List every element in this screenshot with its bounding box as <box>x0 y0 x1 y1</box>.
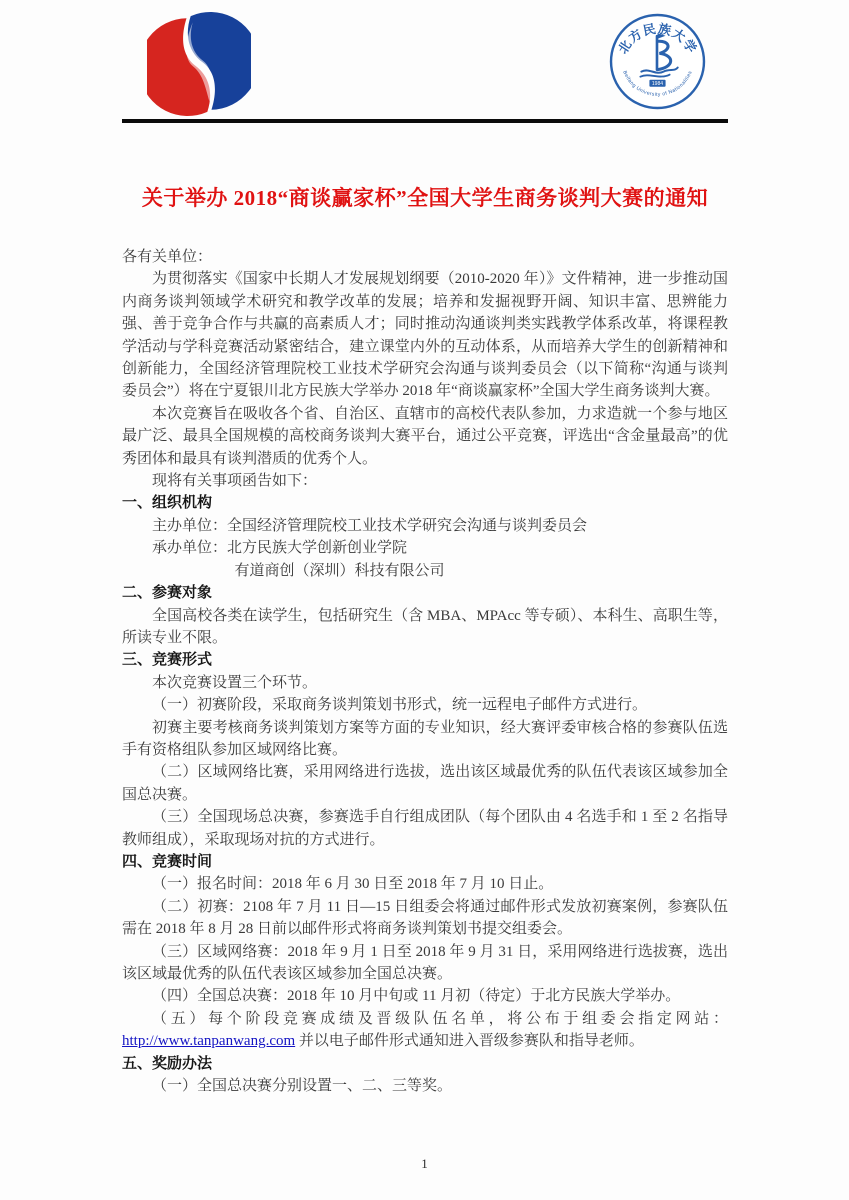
intro-paragraph-1: 为贯彻落实《国家中长期人才发展规划纲要（2010-2020 年）》文件精神，进一… <box>122 268 728 402</box>
organizer-unit-line-2: 有道商创（深圳）科技有限公司 <box>122 560 728 582</box>
announcement-text-after: 并以电子邮件形式通知进入晋级参赛队和指导老师。 <box>295 1033 644 1049</box>
section-5-heading: 五、奖励办法 <box>122 1053 728 1075</box>
format-stage-2: （二）区域网络比赛，采用网络进行选拔，选出该区域最优秀的队伍代表该区域参加全国总… <box>122 761 728 806</box>
header-divider <box>122 119 728 123</box>
schedule-announcement: （五）每个阶段竞赛成绩及晋级队伍名单，将公布于组委会指定网站：http://ww… <box>122 1008 728 1053</box>
section-3-heading: 三、竞赛形式 <box>122 649 728 671</box>
document-body: 各有关单位： 为贯彻落实《国家中长期人才发展规划纲要（2010-2020 年）》… <box>122 246 728 1097</box>
format-intro: 本次竞赛设置三个环节。 <box>122 672 728 694</box>
schedule-registration: （一）报名时间：2018 年 6 月 30 日至 2018 年 7 月 10 日… <box>122 873 728 895</box>
announcement-text-before: （五）每个阶段竞赛成绩及晋级队伍名单，将公布于组委会指定网站： <box>152 1011 728 1027</box>
committee-flame-logo-icon <box>147 12 251 116</box>
schedule-finals: （四）全国总决赛：2018 年 10 月中旬或 11 月初（待定）于北方民族大学… <box>122 985 728 1007</box>
salutation: 各有关单位： <box>122 246 728 268</box>
participants-paragraph: 全国高校各类在读学生，包括研究生（含 MBA、MPAcc 等专硕）、本科生、高职… <box>122 605 728 650</box>
intro-paragraph-3: 现将有关事项函告如下： <box>122 470 728 492</box>
seal-year: 1984 <box>652 81 663 87</box>
organizer-unit-line: 承办单位：北方民族大学创新创业学院 <box>122 537 728 559</box>
format-stage-3: （三）全国现场总决赛，参赛选手自行组成团队（每个团队由 4 名选手和 1 至 2… <box>122 806 728 851</box>
document-page: 北方民族大学 1984 Beifang University of Nation… <box>0 0 849 1200</box>
section-2-heading: 二、参赛对象 <box>122 582 728 604</box>
schedule-regional: （三）区域网络赛：2018 年 9 月 1 日至 2018 年 9 月 31 日… <box>122 941 728 986</box>
page-number: 1 <box>0 1156 849 1172</box>
schedule-preliminary: （二）初赛：2108 年 7 月 11 日—15 日组委会将通过邮件形式发放初赛… <box>122 896 728 941</box>
university-seal-icon: 北方民族大学 1984 Beifang University of Nation… <box>609 13 706 110</box>
host-unit-line: 主办单位：全国经济管理院校工业技术学研究会沟通与谈判委员会 <box>122 515 728 537</box>
competition-website-link[interactable]: http://www.tanpanwang.com <box>122 1033 295 1049</box>
document-title: 关于举办 2018“商谈赢家杯”全国大学生商务谈判大赛的通知 <box>95 183 755 213</box>
intro-paragraph-2: 本次竞赛旨在吸收各个省、自治区、直辖市的高校代表队参加，力求造就一个参与地区最广… <box>122 403 728 470</box>
format-stage-1: （一）初赛阶段，采取商务谈判策划书形式，统一远程电子邮件方式进行。 <box>122 694 728 716</box>
awards-paragraph: （一）全国总决赛分别设置一、二、三等奖。 <box>122 1075 728 1097</box>
format-stage-1-detail: 初赛主要考核商务谈判策划方案等方面的专业知识，经大赛评委审核合格的参赛队伍选手有… <box>122 717 728 762</box>
section-1-heading: 一、组织机构 <box>122 492 728 514</box>
section-4-heading: 四、竞赛时间 <box>122 851 728 873</box>
